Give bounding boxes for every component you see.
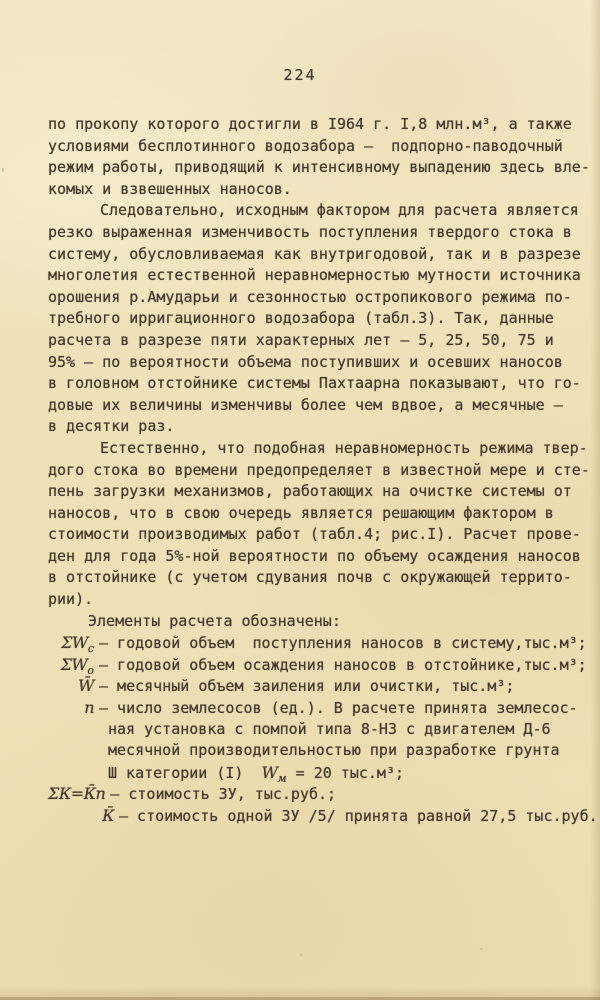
line-text: наносов, что в свою очередь является реш…	[48, 504, 554, 522]
text-line: комых и взвешенных наносов.	[48, 179, 572, 201]
line-text: – годовой объем осаждения наносов в отст…	[99, 656, 587, 674]
line-text: пень загрузки механизмов, работающих на …	[48, 482, 572, 500]
formula-symbol-column: ΣК=К̄n	[48, 783, 110, 806]
line-text: расчета в разрезе пяти характерных лет –…	[48, 331, 554, 349]
text-line: пень загрузки механизмов, работающих на …	[48, 481, 572, 503]
line-text: в десятки раз.	[48, 417, 174, 435]
paper-speck	[2, 168, 4, 172]
text-line: ΣWо– годовой объем осаждения наносов в о…	[48, 654, 572, 676]
formula-symbol-column: W̄	[48, 675, 99, 698]
line-text: Следовательно, исходным фактором для рас…	[100, 201, 579, 219]
formula-symbol: ΣW	[61, 655, 88, 674]
line-text: – число землесосов (ед.). В расчете прин…	[99, 699, 578, 717]
formula-symbol: К̄	[102, 806, 114, 825]
text-line: в десятки раз.	[48, 416, 572, 438]
line-text: Естественно, что подобная неравномерност…	[100, 439, 588, 457]
line-text: дого стока во времени предопределяет в и…	[48, 461, 590, 479]
formula-symbol: ΣК=К̄n	[48, 784, 105, 803]
text-line: рии).	[48, 589, 572, 611]
formula-symbol: W̄	[78, 676, 94, 695]
body-text: по прокопу которого достигли в I964 г. I…	[48, 114, 572, 827]
text-line: ΣК=К̄n– стоимость ЗУ, тыс.руб.;	[48, 783, 572, 805]
line-text: резко выраженная изменчивость поступлени…	[48, 223, 572, 241]
line-text: стоимости производимых работ (табл.4; ри…	[48, 525, 581, 543]
text-line: месячной производительностью при разрабо…	[48, 740, 572, 762]
formula-symbol-column: К̄	[68, 805, 119, 828]
scanned-page: 224 по прокопу которого достигли в I964 …	[0, 0, 600, 1000]
text-line: стоимости производимых работ (табл.4; ри…	[48, 524, 572, 546]
text-line: расчета в разрезе пяти характерных лет –…	[48, 330, 572, 352]
line-text: – месячный объем заиления или очистки, т…	[99, 677, 514, 695]
line-text: по прокопу которого достигли в I964 г. I…	[48, 115, 572, 133]
text-line: W̄– месячный объем заиления или очистки,…	[48, 675, 572, 697]
line-text: режим работы, приводящий к интенсивному …	[48, 158, 590, 176]
line-text: Ш категории (I)	[108, 764, 262, 782]
formula-symbol: n	[84, 698, 94, 717]
formula-symbol: W	[262, 763, 278, 782]
line-text: ная установка с помпой типа 8-НЗ с двига…	[108, 720, 551, 738]
text-line: условиями бесплотинного водозабора – под…	[48, 136, 572, 158]
text-line: по прокопу которого достигли в I964 г. I…	[48, 114, 572, 136]
text-line: 95% – по вероятности объема поступивших …	[48, 352, 572, 374]
text-line: К̄– стоимость одной ЗУ /5/ принята равно…	[48, 805, 572, 827]
paper-speck	[530, 120, 533, 123]
line-text: многолетия естественной неравномерностью…	[48, 266, 581, 284]
text-line: требного ирригационного водозабора (табл…	[48, 308, 572, 330]
text-line: орошения р.Амударьи и сезонностью остроп…	[48, 287, 572, 309]
paper-speck	[480, 948, 483, 950]
line-text: в головном отстойнике системы Пахтаарна …	[48, 374, 581, 392]
line-text: ден для года 5%-ной вероятности по объем…	[48, 547, 581, 565]
text-line: в отстойнике (с учетом сдувания почв с о…	[48, 567, 572, 589]
page-edge-shadow-right	[590, 0, 600, 1000]
paper-speck	[300, 954, 302, 956]
line-text: рии).	[48, 590, 93, 608]
line-text: месячной производительностью при разрабо…	[108, 741, 560, 759]
text-line: многолетия естественной неравномерностью…	[48, 265, 572, 287]
line-text: требного ирригационного водозабора (табл…	[48, 309, 554, 327]
text-line: ден для года 5%-ной вероятности по объем…	[48, 546, 572, 568]
text-line: наносов, что в свою очередь является реш…	[48, 503, 572, 525]
line-text: – стоимость одной ЗУ /5/ принята равной …	[119, 807, 600, 825]
text-line: в головном отстойнике системы Пахтаарна …	[48, 373, 572, 395]
formula-symbol-column: n	[48, 697, 99, 720]
line-text: комых и взвешенных наносов.	[48, 180, 292, 198]
line-text: в отстойнике (с учетом сдувания почв с о…	[48, 568, 572, 586]
text-line: систему, обусловливаемая как внутригодов…	[48, 244, 572, 266]
text-line: режим работы, приводящий к интенсивному …	[48, 157, 572, 179]
line-text: орошения р.Амударьи и сезонностью остроп…	[48, 288, 572, 306]
line-text: условиями бесплотинного водозабора – под…	[48, 137, 563, 155]
line-text: систему, обусловливаемая как внутригодов…	[48, 245, 581, 263]
text-line: Следовательно, исходным фактором для рас…	[48, 200, 572, 222]
text-line: дого стока во времени предопределяет в и…	[48, 460, 572, 482]
page-number: 224	[0, 66, 600, 84]
text-line: Ш категории (I) Wм = 20 тыс.м³;	[48, 762, 572, 784]
text-line: резко выраженная изменчивость поступлени…	[48, 222, 572, 244]
line-text: – годовой объем поступления наносов в си…	[99, 634, 587, 652]
line-text: Элементы расчета обозначены:	[88, 612, 341, 630]
line-text: = 20 тыс.м³;	[287, 764, 404, 782]
line-text: – стоимость ЗУ, тыс.руб.;	[110, 785, 336, 803]
text-line: ΣWс– годовой объем поступления наносов в…	[48, 632, 572, 654]
formula-symbol: ΣW	[61, 633, 88, 652]
line-text: 95% – по вероятности объема поступивших …	[48, 353, 563, 371]
text-line: довые их величины изменчивы более чем вд…	[48, 395, 572, 417]
text-line: Естественно, что подобная неравномерност…	[48, 438, 572, 460]
text-line: ная установка с помпой типа 8-НЗ с двига…	[48, 719, 572, 741]
line-text: довые их величины изменчивы более чем вд…	[48, 396, 563, 414]
text-line: Элементы расчета обозначены:	[48, 611, 572, 633]
text-line: n– число землесосов (ед.). В расчете при…	[48, 697, 572, 719]
